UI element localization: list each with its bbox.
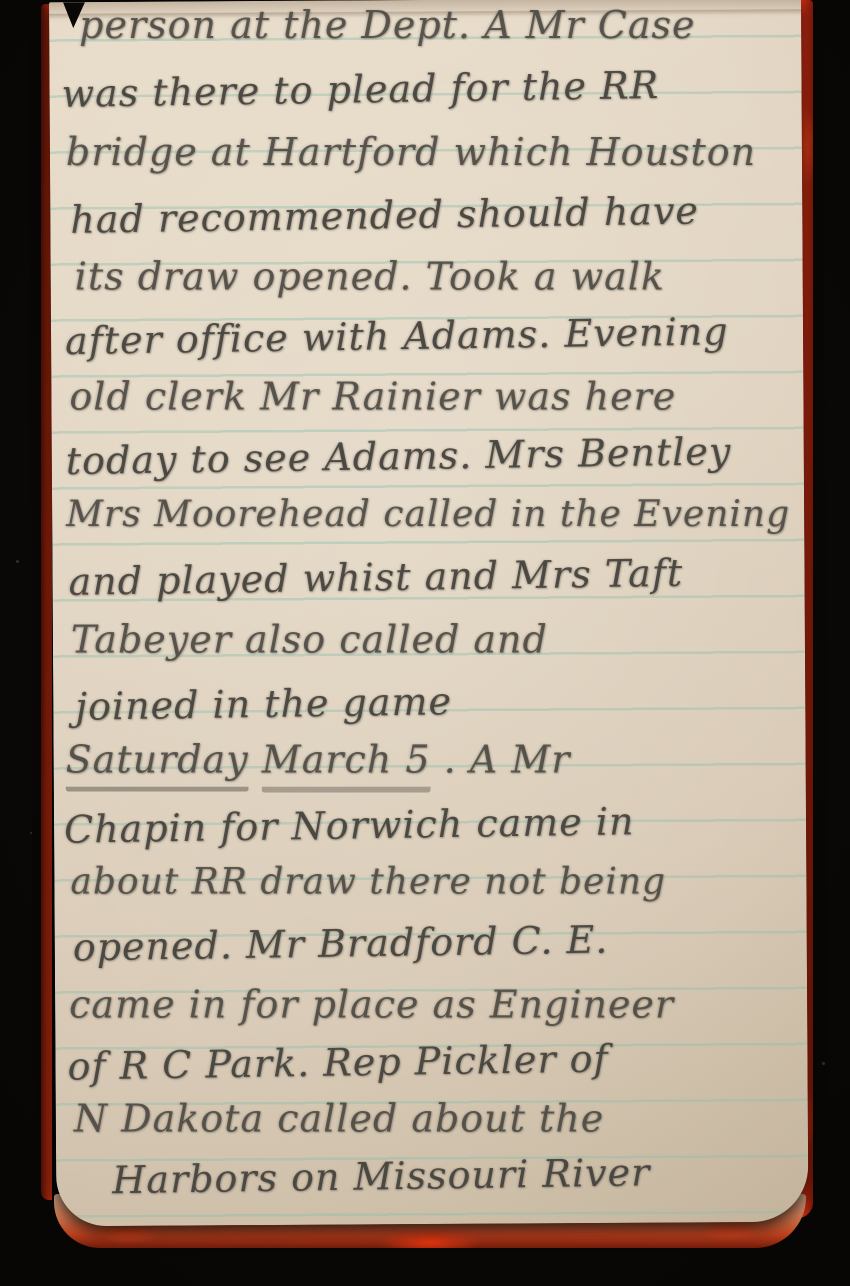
handwriting-line-date: Saturday March 5 . A Mr <box>66 741 571 779</box>
handwriting-line: about RR draw there not being <box>70 864 666 900</box>
dust-speck <box>822 1062 825 1065</box>
underlined-day: Saturday <box>66 738 249 792</box>
handwriting-line: person at the Dept. A Mr Case <box>79 6 695 44</box>
handwriting-line: Mrs Moorehead called in the Evening <box>66 497 790 533</box>
date-line-rest: . A Mr <box>444 738 571 782</box>
handwriting-line: bridge at Hartford which Houston <box>66 133 756 171</box>
notebook-page: person at the Dept. A Mr Case was there … <box>49 0 808 1226</box>
handwriting-line: opened. Mr Bradford C. E. <box>73 921 609 967</box>
handwriting-line: N Dakota called about the <box>74 1100 604 1138</box>
underlined-date: March 5 <box>262 738 431 793</box>
handwriting-line: joined in the game <box>75 682 452 726</box>
handwriting-line: its draw opened. Took a walk <box>75 257 665 295</box>
handwriting-line: had recommended should have <box>70 192 699 239</box>
handwriting-line: of R C Park. Rep Pickler of <box>67 1040 609 1086</box>
handwriting-line: old clerk Mr Rainier was here <box>69 377 676 415</box>
handwriting-line: came in for place as Engineer <box>69 985 674 1023</box>
handwriting-line: after office with Adams. Evening <box>65 312 729 360</box>
handwriting-line: Tabeyer also called and <box>71 621 548 659</box>
dust-speck <box>16 560 19 563</box>
handwriting-line: was there to plead for the RR <box>61 66 659 113</box>
handwriting-line: and played whist and Mrs Taft <box>68 554 683 601</box>
handwriting-line: today to see Adams. Mrs Bentley <box>66 432 732 480</box>
handwriting-line: Harbors on Missouri River <box>112 1153 651 1199</box>
dust-speck <box>30 832 32 834</box>
handwriting-line: Chapin for Norwich came in <box>64 802 635 848</box>
notebook-photo: person at the Dept. A Mr Case was there … <box>0 0 850 1286</box>
